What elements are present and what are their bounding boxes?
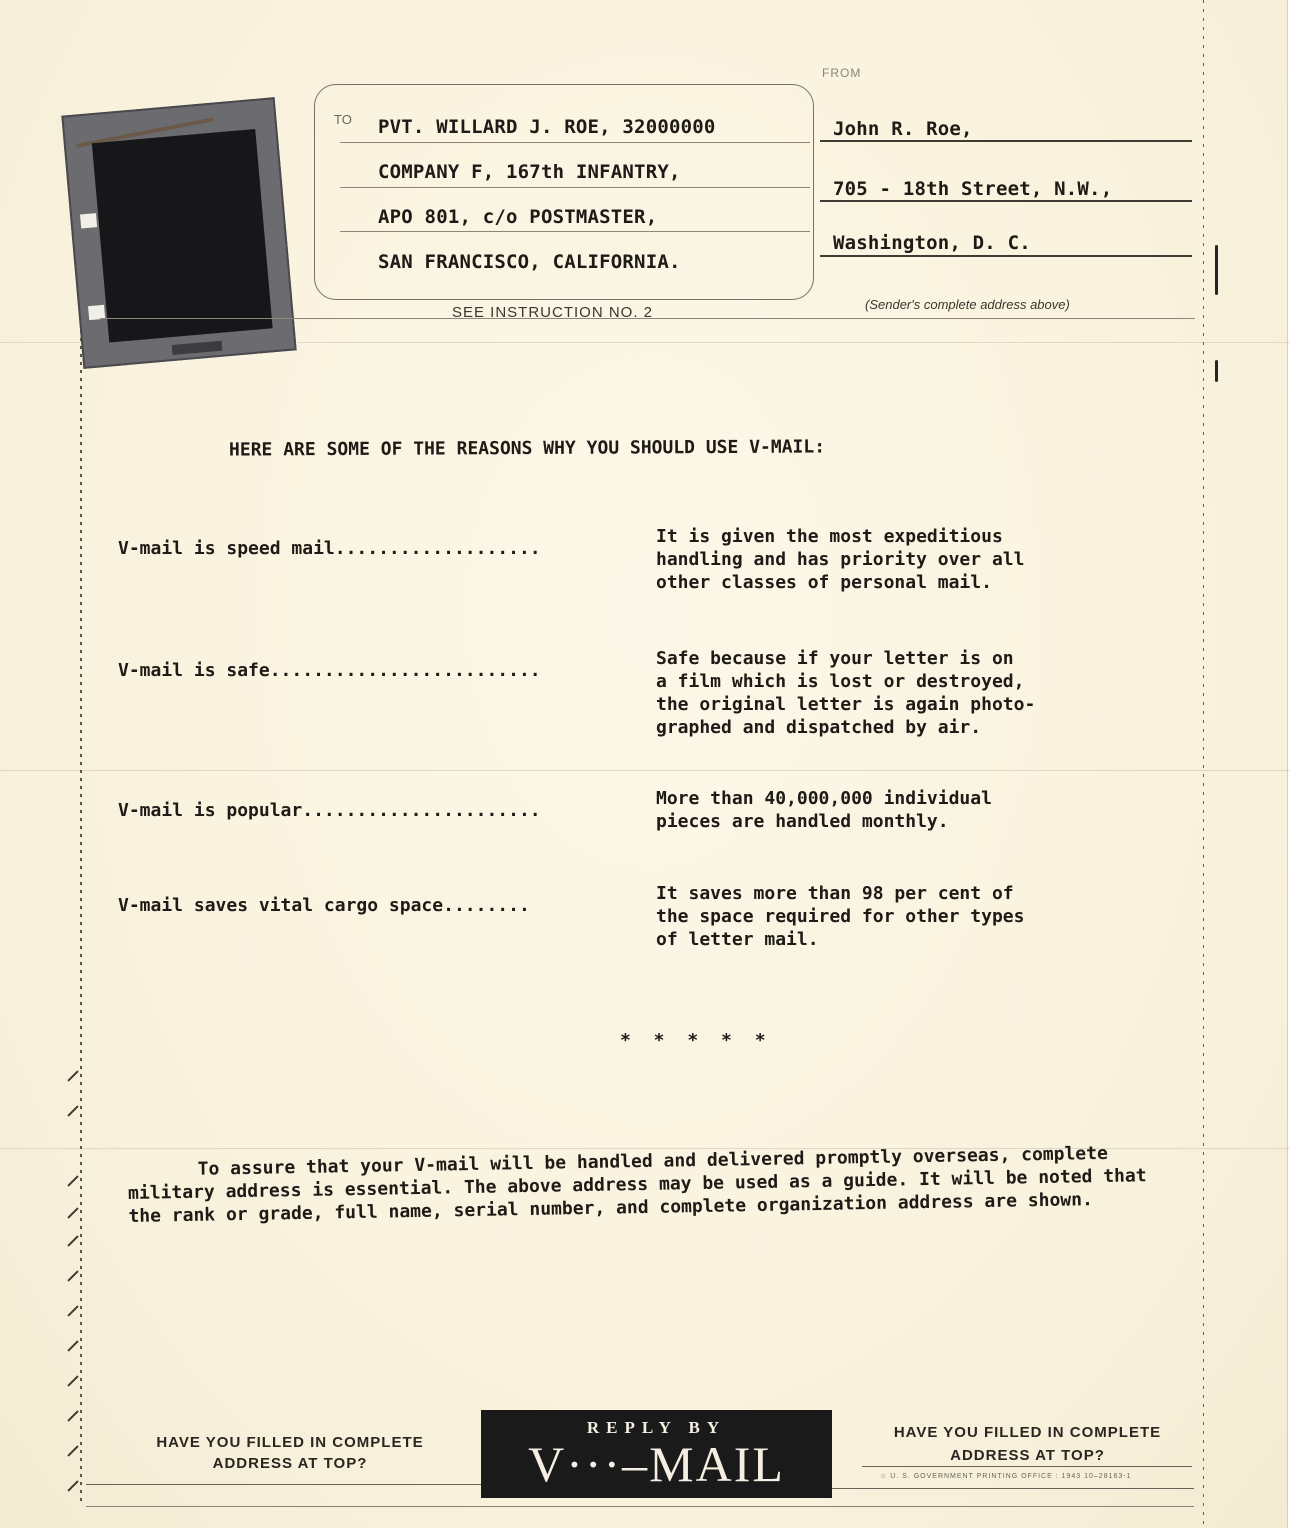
reason-label-cargo: V-mail saves vital cargo space........ <box>118 895 530 916</box>
cut-tick <box>67 1235 78 1246</box>
address-rule <box>340 231 810 232</box>
from-address-line-2: 705 - 18th Street, N.W., <box>833 178 1112 200</box>
reason-label-safe: V-mail is safe......................... <box>118 660 541 681</box>
cut-line-right <box>1203 0 1204 1528</box>
film-label <box>172 341 223 355</box>
to-address-line-2: COMPANY F, 167th INFANTRY, <box>378 161 681 183</box>
cut-tick <box>67 1175 78 1186</box>
microfilm-thumbnail-icon <box>61 97 296 369</box>
film-sprocket-hole <box>80 213 97 228</box>
to-address-line-4: SAN FRANCISCO, CALIFORNIA. <box>378 251 681 273</box>
cut-tick <box>67 1375 78 1386</box>
reason-text-safe: Safe because if your letter is on a film… <box>656 647 1035 739</box>
footer-question-left-line1: HAVE YOU FILLED IN COMPLETE <box>130 1434 450 1451</box>
reasons-heading: HERE ARE SOME OF THE REASONS WHY YOU SHO… <box>229 436 825 460</box>
from-address-line-1: John R. Roe, <box>833 118 973 140</box>
vmail-form-page: TO PVT. WILLARD J. ROE, 32000000 COMPANY… <box>0 0 1296 1528</box>
footer-question-left-line2: ADDRESS AT TOP? <box>130 1455 450 1472</box>
from-rule <box>820 140 1192 142</box>
cut-tick <box>67 1070 78 1081</box>
reason-text-speed: It is given the most expeditious handlin… <box>656 525 1024 594</box>
footer-question-left: HAVE YOU FILLED IN COMPLETE ADDRESS AT T… <box>130 1434 450 1472</box>
cut-tick <box>67 1410 78 1421</box>
cut-tick <box>67 1207 78 1218</box>
film-frame <box>92 129 273 343</box>
to-address-line-3: APO 801, c/o POSTMASTER, <box>378 206 657 228</box>
footer-question-right-line1: HAVE YOU FILLED IN COMPLETE <box>870 1424 1185 1441</box>
cut-line-left <box>80 330 82 1505</box>
registration-mark <box>1215 245 1218 295</box>
paper-edge <box>1287 0 1296 1528</box>
gpo-imprint: ☆ U. S. GOVERNMENT PRINTING OFFICE : 194… <box>880 1472 1132 1480</box>
cut-tick <box>67 1270 78 1281</box>
from-label: FROM <box>822 66 861 80</box>
footer-rule <box>832 1488 1194 1489</box>
footer-question-right: HAVE YOU FILLED IN COMPLETE ADDRESS AT T… <box>870 1424 1185 1464</box>
reply-by-text: REPLY BY <box>481 1418 832 1438</box>
address-rule <box>340 142 810 143</box>
footer-question-right-line2: ADDRESS AT TOP? <box>870 1447 1185 1464</box>
registration-mark <box>1215 360 1218 382</box>
cut-tick <box>67 1305 78 1316</box>
from-address-line-3: Washington, D. C. <box>833 232 1031 254</box>
sender-caption: (Sender's complete address above) <box>865 297 1070 312</box>
to-label: TO <box>334 112 352 127</box>
to-address-line-1: PVT. WILLARD J. ROE, 32000000 <box>378 116 716 138</box>
from-rule <box>820 255 1192 257</box>
reason-label-speed: V-mail is speed mail................... <box>118 538 541 559</box>
footer-rule <box>862 1466 1192 1467</box>
from-rule <box>820 200 1192 202</box>
footer-rule <box>86 1484 481 1485</box>
cut-tick <box>67 1105 78 1116</box>
cut-tick <box>67 1340 78 1351</box>
cut-tick <box>67 1445 78 1456</box>
cut-tick <box>67 1480 78 1491</box>
header-rule <box>100 318 1195 319</box>
bottom-rule <box>86 1506 1194 1507</box>
vmail-logo-text: V···–MAIL <box>481 1438 832 1490</box>
instruction-paragraph: To assure that your V-mail will be handl… <box>127 1141 1158 1228</box>
reason-text-cargo: It saves more than 98 per cent of the sp… <box>656 882 1024 951</box>
fold-line-middle <box>0 770 1290 771</box>
address-rule <box>340 187 810 188</box>
instruction-paragraph-text: To assure that your V-mail will be handl… <box>128 1143 1147 1227</box>
reason-label-popular: V-mail is popular...................... <box>118 800 541 821</box>
reply-by-vmail-logo: REPLY BY V···–MAIL <box>481 1410 832 1498</box>
reason-text-popular: More than 40,000,000 individual pieces a… <box>656 787 992 833</box>
separator-stars: * * * * * <box>620 1030 772 1051</box>
